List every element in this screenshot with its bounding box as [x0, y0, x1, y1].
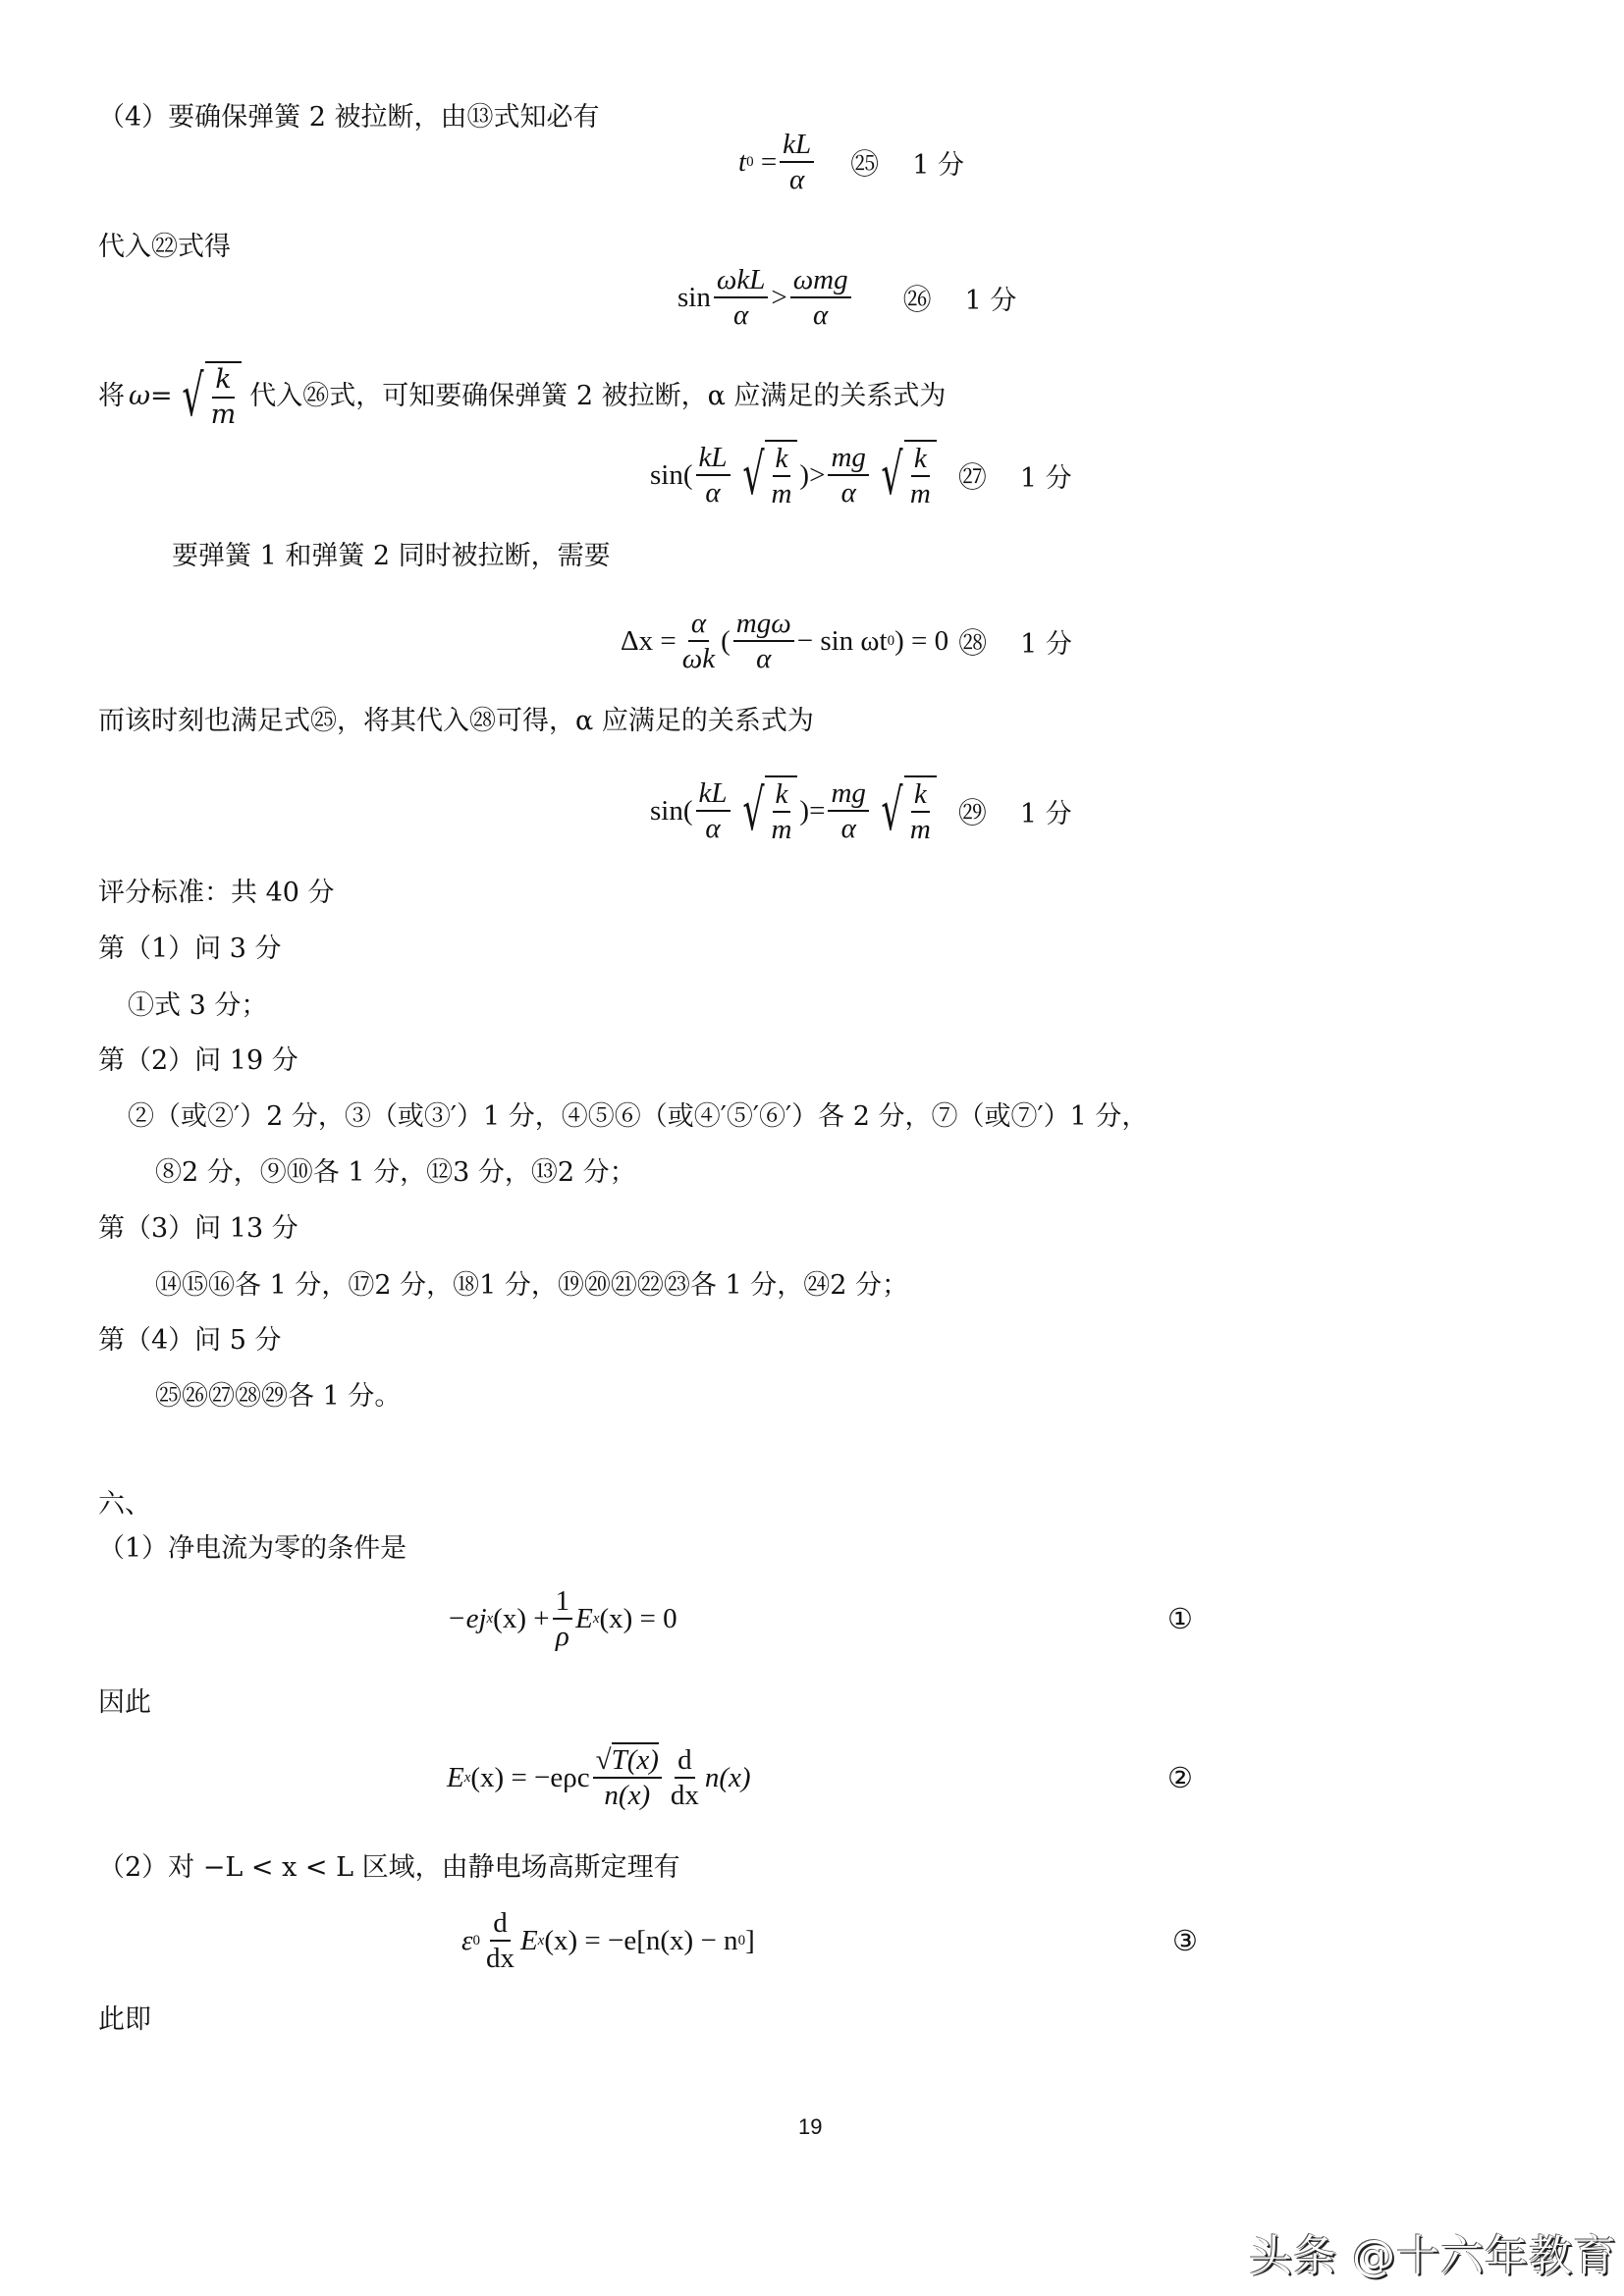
denominator: ωk — [679, 642, 718, 675]
also-satisfies-text: 而该时刻也满足式㉕，将其代入㉘可得，α 应满足的关系式为 — [98, 704, 814, 739]
equation-26: sin ωkLα > ωmgα ㉖ 1 分 — [677, 263, 1016, 332]
term: (x) = −eρc — [470, 1762, 589, 1794]
rhs: ) = 0 — [894, 625, 948, 658]
equation-tag: ㉘ — [958, 621, 987, 662]
section-6-heading: 六、 — [98, 1487, 151, 1522]
subscript: 0 — [888, 633, 895, 650]
subscript: x — [464, 1770, 471, 1786]
sin-fn: sin — [677, 282, 711, 314]
numerator: d — [490, 1906, 511, 1942]
denominator: ρ — [553, 1620, 572, 1653]
close-paren: ) — [799, 795, 809, 828]
denominator: α — [702, 476, 723, 509]
sqrt: √km — [874, 775, 937, 846]
eq-lhs: t — [738, 146, 746, 179]
numerator: k — [911, 442, 930, 477]
denominator: n(x) — [601, 1779, 653, 1812]
points: 1 分 — [1020, 622, 1072, 661]
part4-intro: （4）要确保弹簧 2 被拉断，由⑬式知必有 — [98, 100, 600, 135]
numerator: mg — [828, 441, 868, 476]
equation-28: Δx = αωk ( mgωα − sin ωt0 ) = 0 ㉘ 1 分 — [621, 607, 1072, 675]
term: (x) = −e[n(x) − n — [544, 1925, 737, 1957]
omega: ω — [129, 379, 150, 414]
open-paren: ( — [721, 625, 731, 658]
term: (x) = 0 — [599, 1603, 677, 1635]
numerator: mg — [828, 776, 868, 812]
numerator: k — [773, 777, 791, 813]
section-6-q2: （2）对 −L < x < L 区域，由静电场高斯定理有 — [98, 1850, 680, 1886]
thus-text: 此即 — [98, 2002, 151, 2038]
page-number: 19 — [798, 2114, 822, 2140]
subscript: x — [593, 1611, 600, 1627]
sqrt: √km — [175, 361, 243, 432]
term: (x) + — [493, 1603, 549, 1635]
substitute-22-text: 代入㉒式得 — [98, 230, 231, 265]
equation-tag: ㉖ — [903, 278, 932, 318]
term: E — [447, 1762, 464, 1794]
numerator: α — [688, 607, 709, 642]
fraction: ωkLα — [714, 263, 768, 332]
sqrt-body: T(x) — [612, 1742, 659, 1776]
term: n(x) — [705, 1762, 751, 1794]
scoring-q2-head: 第（2）问 19 分 — [98, 1043, 298, 1079]
text: 将 — [98, 379, 125, 414]
numerator: d — [675, 1743, 695, 1779]
denominator: α — [753, 642, 774, 675]
points: 1 分 — [912, 143, 964, 182]
scoring-q2-line2: ⑧2 分，⑨⑩各 1 分，⑫3 分，⑬2 分； — [155, 1155, 636, 1191]
close-paren: ) — [799, 459, 809, 492]
equals: = — [150, 379, 173, 414]
denominator: m — [768, 477, 794, 510]
subscript: 0 — [472, 1933, 480, 1949]
term: −ej — [447, 1603, 487, 1635]
equation-tag: ① — [1167, 1602, 1193, 1635]
term: E — [575, 1603, 593, 1635]
denominator: α — [810, 298, 831, 332]
scoring-q1-line: ①式 3 分； — [128, 988, 267, 1024]
equation-29: sin( kLα √km ) = mgα √km ㉙ 1 分 — [650, 775, 1072, 846]
sqrt: √km — [874, 440, 937, 510]
equation-tag: ② — [1167, 1761, 1193, 1794]
equation-tag: ㉗ — [958, 455, 987, 496]
scoring-q4-head: 第（4）问 5 分 — [98, 1323, 282, 1359]
sin-term: − sin ωt — [797, 625, 888, 658]
denominator: α — [786, 163, 807, 196]
watermark: 头条 @十六年教育 — [1249, 2220, 1617, 2283]
denominator: α — [839, 812, 859, 845]
numerator: k — [911, 777, 930, 813]
fraction: ωmgα — [790, 263, 851, 332]
subscript: x — [538, 1933, 545, 1949]
numerator: 1 — [553, 1584, 573, 1620]
section-6-q1: （1）净电流为零的条件是 — [98, 1531, 406, 1567]
points: 1 分 — [965, 279, 1017, 317]
sqrt: √km — [735, 775, 798, 846]
operator: > — [771, 282, 786, 314]
denominator: dx — [483, 1942, 517, 1975]
sin-fn: sin( — [650, 459, 693, 492]
numerator: mgω — [733, 607, 794, 642]
subscript: 0 — [738, 1933, 746, 1949]
scoring-q2-line1: ②（或②′）2 分，③（或③′）1 分，④⑤⑥（或④′⑤′⑥′）各 2 分，⑦（… — [128, 1099, 1148, 1135]
omega-substitution-line: 将 ω = √km 代入㉖式，可知要确保弹簧 2 被拉断，α 应满足的关系式为 — [98, 361, 946, 432]
sin-fn: sin( — [650, 795, 693, 828]
denominator: m — [208, 399, 240, 432]
denominator: dx — [668, 1779, 702, 1812]
subscript: x — [487, 1611, 494, 1627]
numerator: ωmg — [790, 263, 851, 298]
numerator: kL — [780, 128, 814, 163]
scoring-q1-head: 第（1）问 3 分 — [98, 932, 282, 967]
numerator: ωkL — [714, 263, 768, 298]
denominator: m — [907, 813, 934, 846]
text: 代入㉖式，可知要确保弹簧 2 被拉断，α 应满足的关系式为 — [249, 379, 946, 414]
equation-25: t0 = kLα ㉕ 1 分 — [738, 128, 964, 196]
denominator: m — [768, 813, 794, 846]
points: 1 分 — [1020, 792, 1072, 830]
equation-tag: ㉙ — [958, 791, 987, 831]
denominator: α — [839, 476, 859, 509]
term: ε — [461, 1925, 472, 1957]
term: E — [520, 1925, 538, 1957]
numerator: k — [773, 442, 791, 477]
section6-equation-1: −ejx (x) + 1ρ Ex (x) = 0 ① — [447, 1584, 1193, 1653]
equation-tag: ㉕ — [850, 142, 879, 183]
denominator: m — [907, 477, 934, 510]
therefore-text: 因此 — [98, 1685, 151, 1721]
both-break-text: 要弹簧 1 和弹簧 2 同时被拉断，需要 — [172, 539, 611, 574]
scoring-title: 评分标准：共 40 分 — [98, 876, 335, 911]
sqrt: √km — [735, 440, 798, 510]
scoring-q4-line: ㉕㉖㉗㉘㉙各 1 分。 — [155, 1379, 401, 1415]
scoring-q3-head: 第（3）问 13 分 — [98, 1211, 298, 1247]
eq-sub: 0 — [746, 154, 754, 171]
equation-tag: ③ — [1172, 1924, 1198, 1957]
operator: = — [809, 795, 825, 828]
scoring-q3-line: ⑭⑮⑯各 1 分，⑰2 分，⑱1 分，⑲⑳㉑㉒㉓各 1 分，㉔2 分； — [155, 1268, 908, 1304]
section6-equation-3: ε0 ddx Ex (x) = −e[n(x) − n0 ] ③ — [461, 1906, 1198, 1975]
denominator: α — [731, 298, 751, 332]
term: ] — [745, 1925, 755, 1957]
points: 1 分 — [1020, 456, 1072, 495]
fraction: kLα — [780, 128, 814, 196]
numerator: kL — [696, 441, 731, 476]
denominator: α — [702, 812, 723, 845]
lhs: Δx = — [621, 625, 677, 658]
numerator: kL — [696, 776, 731, 812]
section6-equation-2: Ex (x) = −eρc √T(x)n(x) ddx n(x) ② — [447, 1743, 1193, 1812]
equation-27: sin( kLα √km ) > mgα √km ㉗ 1 分 — [650, 440, 1072, 510]
numerator: k — [212, 363, 234, 399]
operator: > — [809, 459, 825, 492]
